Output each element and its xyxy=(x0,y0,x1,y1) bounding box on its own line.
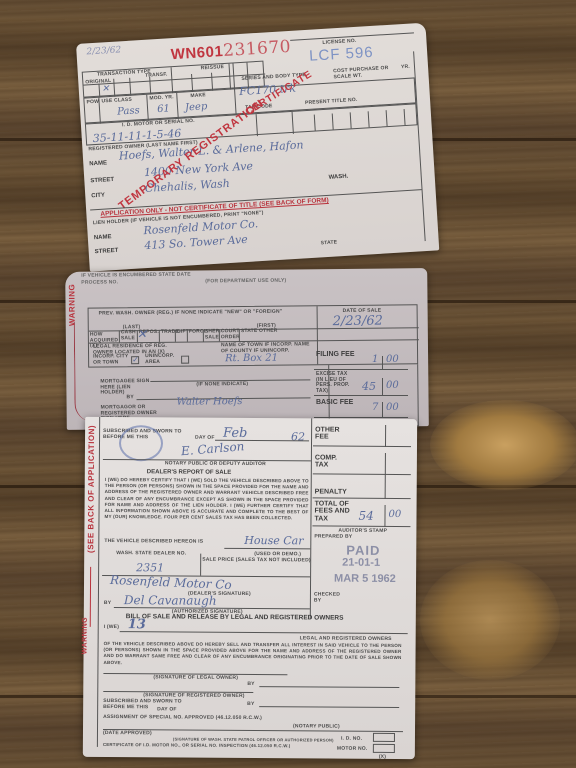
unincorp-label: UNINCORP. AREA xyxy=(145,354,181,365)
yr-label: YR. xyxy=(401,65,410,71)
filing-fee-cents: 00 xyxy=(386,354,399,365)
title-application-bottom-panel: (SEE BACK OF APPLICATION) WARNING SUBSCR… xyxy=(83,417,417,759)
mortgagee-by-label: BY xyxy=(126,395,133,401)
filing-fee-label: FILING FEE xyxy=(316,351,356,358)
owner-state-wash-label: WASH. xyxy=(328,174,348,181)
mod-yr-value: 61 xyxy=(157,103,170,115)
basic-fee-dollars: 7 xyxy=(372,402,378,413)
dealer-by-label: BY xyxy=(104,601,111,607)
see-back-of-application-side: (SEE BACK OF APPLICATION) xyxy=(86,425,96,553)
bill-by-label-2: BY xyxy=(247,702,254,708)
paid-stamp-date: MAR 5 1962 xyxy=(334,573,396,585)
dealer-day-of-label: DAY OF xyxy=(195,436,215,442)
bill-day-of-label: DAY OF xyxy=(157,707,177,713)
legal-owner-signature-label: (SIGNATURE OF LEGAL OWNER) xyxy=(153,675,238,681)
cost-weight-label: COST PURCHASE OR SCALE WT. xyxy=(333,66,394,81)
prepared-by-label: PREPARED BY xyxy=(314,534,352,540)
fee-row-total: TOTAL OF FEES AND TAX 54 00 xyxy=(312,498,410,527)
wood-knot xyxy=(430,400,576,490)
owner-street-label: STREET xyxy=(90,177,114,184)
owner-name-label: NAME xyxy=(89,160,107,167)
owner-city-label: CITY xyxy=(91,193,105,200)
paid-stamp-code: 21-01-1 xyxy=(342,557,380,569)
bill-notary-label: (NOTARY PUBLIC) xyxy=(293,724,340,730)
mortgagor-signature: Walter Hoefs xyxy=(176,396,242,408)
comp-tax-label: COMP. TAX xyxy=(315,454,351,469)
penalty-label: PENALTY xyxy=(315,488,347,496)
fee-row-comp-tax: COMP. TAX xyxy=(313,446,411,475)
warning-label-side: WARNING xyxy=(67,284,76,326)
transaction-type-label: TRANSACTION TYPE xyxy=(97,69,151,78)
total-fees-label: TOTAL OF FEES AND TAX xyxy=(314,500,354,522)
form-serial-prefix: WN601 xyxy=(170,43,223,63)
basic-fee-cents: 00 xyxy=(386,402,399,413)
mod-yr-label: MOD. YR. xyxy=(149,95,174,102)
total-fees-dollars: 54 xyxy=(358,509,373,523)
form-serial-digits: 231670 xyxy=(223,37,292,61)
if-none-indicate-label: (IF NONE INDICATE) xyxy=(196,382,248,388)
option-cash-sale: CASH SALE xyxy=(119,330,137,342)
paid-stamp: PAID xyxy=(346,543,380,558)
vehicle-described-label: THE VEHICLE DESCRIBED HEREON IS xyxy=(104,539,203,545)
license-no-value: LCF 596 xyxy=(309,44,374,65)
reissue-label: REISSUE xyxy=(201,65,225,72)
option-court-order: COURT ORDER xyxy=(219,329,239,341)
bill-of-sale-we-label: I (WE) xyxy=(104,625,119,631)
legal-owner-by-label: BY xyxy=(247,682,254,688)
transaction-checkmark: ✕ xyxy=(102,84,110,94)
sale-price-label: SALE PRICE (SALES TAX NOT INCLUDED) xyxy=(202,558,311,564)
dealer-by-signature: Del Cavanaugh xyxy=(124,593,217,608)
option-forcl: FORCL. xyxy=(187,329,203,341)
cash-sale-checkmark: ✕ xyxy=(137,327,147,341)
checked-by-label: CHECKED BY xyxy=(314,592,344,603)
date-approved-label: (DATE APPROVED) xyxy=(103,731,152,737)
assignment-special-no-label: ASSIGNMENT OF SPECIAL NO. APPROVED (46.1… xyxy=(103,715,262,722)
dealer-month-value: Feb xyxy=(223,426,247,441)
encumbered-date-label: IF VEHICLE IS ENCUMBERED STATE DATE xyxy=(81,273,191,280)
incorp-label: INCORP. CITY OR TOWN xyxy=(93,354,129,365)
department-use-label: (FOR DEPARTMENT USE ONLY) xyxy=(205,279,286,285)
make-value: Jeep xyxy=(185,101,208,113)
filing-fee-dollars: 1 xyxy=(372,354,378,365)
excise-tax-dollars: 45 xyxy=(362,380,376,393)
total-fees-cents: 00 xyxy=(388,509,401,520)
wood-knot xyxy=(420,560,560,680)
motor-no-label-1: MOTOR NO. xyxy=(337,747,368,753)
warning-label-bottom-side: WARNING xyxy=(82,617,89,654)
top-left-date-note: 2/23/62 xyxy=(86,45,121,57)
dealer-year-value: 62 xyxy=(291,430,305,443)
option-state-other: STATE OTHER xyxy=(239,329,279,341)
bill-of-sale-body: OF THE VEHICLE DESCRIBED ABOVE DO HEREBY… xyxy=(103,641,401,668)
bill-of-sale-owner-mark: 13 xyxy=(128,617,146,632)
dealer-report-body: I (WE) DO HEREBY CERTIFY THAT I (WE) SOL… xyxy=(104,477,308,522)
other-fee-label: OTHER FEE xyxy=(315,426,351,441)
notary-public-label: NOTARY PUBLIC OR DEPUTY AUDITOR xyxy=(165,461,266,467)
excise-tax-label: EXCISE TAX (IN LIEU OF PERS. PROP. TAX) xyxy=(316,372,356,394)
id-no-label-1: I. D. NO. xyxy=(341,737,362,743)
dealer-no-value: 2351 xyxy=(136,561,164,574)
id-no-box-1 xyxy=(373,733,395,742)
excise-tax-cents: 00 xyxy=(386,380,399,391)
town-name-value: Rt. Box 21 xyxy=(225,353,278,365)
fee-row-excise: EXCISE TAX (IN LIEU OF PERS. PROP. TAX) … xyxy=(314,370,408,396)
present-title-label: PRESENT TITLE NO. xyxy=(305,98,358,107)
option-gift: GIFT xyxy=(175,330,187,342)
fee-row-basic: BASIC FEE 7 00 xyxy=(314,396,408,418)
process-no-label: PROCESS NO. xyxy=(81,280,118,286)
incorp-checkbox: ✓ xyxy=(131,356,139,364)
dealer-no-label: WASH. STATE DEALER NO. xyxy=(116,551,186,557)
notary-signature: E. Carlson xyxy=(181,439,245,458)
unincorp-checkbox xyxy=(181,356,189,364)
option-sher-sale: SHER. SALE xyxy=(203,329,219,341)
option-trade: TRADE xyxy=(159,330,175,342)
pow-label: POW xyxy=(86,100,99,106)
fee-row-other: OTHER FEE xyxy=(313,418,411,447)
use-class-value: Pass xyxy=(117,105,140,117)
use-class-label: USE CLASS xyxy=(101,98,132,105)
form-serial-number: WN601231670 xyxy=(170,37,291,64)
x-mark-label: (X) xyxy=(379,755,386,761)
title-application-top-panel: 2/23/62 WN601231670 LICENSE NO. LCF 596 … xyxy=(76,23,439,272)
prev-owner-header: PREV. WASH. OWNER (REG.) IF NONE INDICAT… xyxy=(99,310,283,317)
mortgagee-sign-label: MORTGAGEE SIGN HERE (LIEN HOLDER) xyxy=(100,379,150,396)
side-arrow xyxy=(90,567,91,627)
make-label: MAKE xyxy=(190,93,206,99)
motor-no-box-1 xyxy=(373,744,395,753)
dealer-report-header: DEALER'S REPORT OF SALE xyxy=(147,469,231,476)
basic-fee-label: BASIC FEE xyxy=(316,399,356,406)
fee-row-filing: FILING FEE 1 00 xyxy=(314,348,408,370)
bill-of-sale-header: BILL OF SALE AND RELEASE BY LEGAL AND RE… xyxy=(126,613,344,622)
fee-row-penalty: PENALTY xyxy=(313,474,411,499)
vehicle-described-value: House Car xyxy=(244,534,303,547)
lien-state-label: STATE xyxy=(321,240,338,247)
inspection-certificate-label: CERTIFICATE OF I.D. MOTOR NO., OR SERIAL… xyxy=(103,743,291,749)
lien-street-label: STREET xyxy=(95,248,119,255)
lien-name-label: NAME xyxy=(94,234,112,241)
notary-seal-stamp xyxy=(119,425,163,461)
